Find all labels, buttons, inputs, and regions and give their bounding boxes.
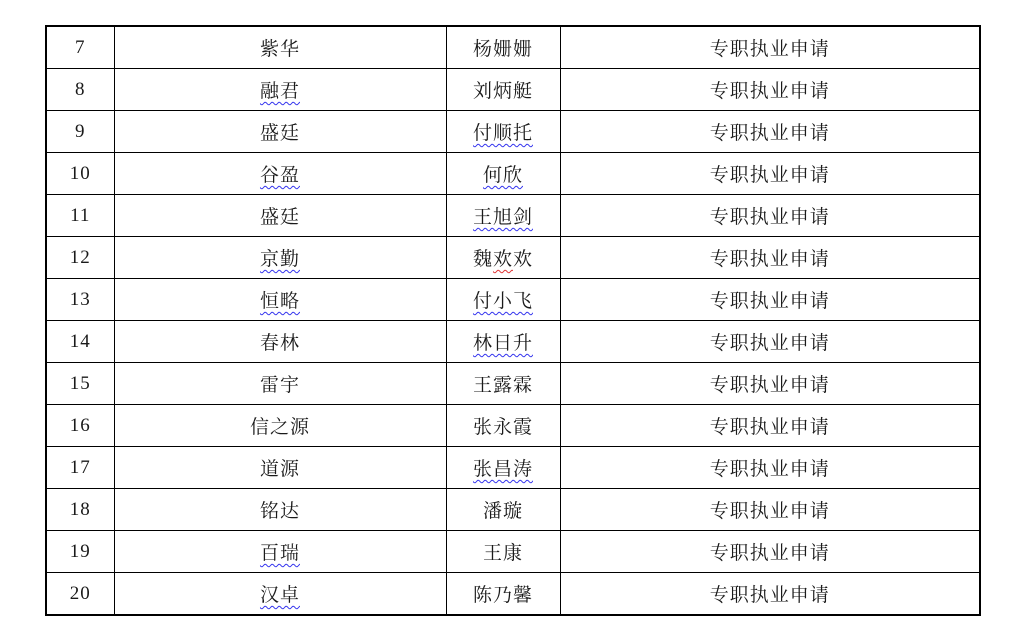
firm-name-cell: 雷宇 xyxy=(114,363,446,405)
blue-wavy-underline-text: 百瑞 xyxy=(260,542,300,564)
table-row: 15雷宇王露霖专职执业申请 xyxy=(46,363,980,405)
table-row: 14春林林日升专职执业申请 xyxy=(46,321,980,363)
person-name-cell: 陈乃馨 xyxy=(446,573,560,616)
row-number-cell: 18 xyxy=(46,489,114,531)
person-name-cell: 魏欢欢 xyxy=(446,237,560,279)
table-row: 16信之源张永霞专职执业申请 xyxy=(46,405,980,447)
firm-name-cell: 恒略 xyxy=(114,279,446,321)
row-number-cell: 17 xyxy=(46,447,114,489)
table-row: 9盛廷付顺托专职执业申请 xyxy=(46,111,980,153)
person-name-cell: 潘璇 xyxy=(446,489,560,531)
table-row: 19百瑞王康专职执业申请 xyxy=(46,531,980,573)
row-number-cell: 15 xyxy=(46,363,114,405)
row-number-cell: 11 xyxy=(46,195,114,237)
firm-name-cell: 汉卓 xyxy=(114,573,446,616)
row-number-cell: 14 xyxy=(46,321,114,363)
table-row: 17道源张昌涛专职执业申请 xyxy=(46,447,980,489)
firm-name-cell: 春林 xyxy=(114,321,446,363)
application-type-cell: 专职执业申请 xyxy=(560,195,980,237)
person-name-cell: 王露霖 xyxy=(446,363,560,405)
application-type-cell: 专职执业申请 xyxy=(560,279,980,321)
table-row: 8融君刘炳艇专职执业申请 xyxy=(46,69,980,111)
row-number-cell: 13 xyxy=(46,279,114,321)
application-type-cell: 专职执业申请 xyxy=(560,111,980,153)
row-number-cell: 9 xyxy=(46,111,114,153)
blue-wavy-underline-text: 京勤 xyxy=(260,248,300,270)
row-number-cell: 7 xyxy=(46,26,114,69)
row-number-cell: 10 xyxy=(46,153,114,195)
table-body: 7紫华杨姗姗专职执业申请8融君刘炳艇专职执业申请9盛廷付顺托专职执业申请10谷盈… xyxy=(46,26,980,615)
person-name-cell: 林日升 xyxy=(446,321,560,363)
row-number-cell: 20 xyxy=(46,573,114,616)
blue-wavy-underline-text: 王旭剑 xyxy=(473,206,533,228)
blue-wavy-underline-text: 汉卓 xyxy=(260,584,300,606)
row-number-cell: 19 xyxy=(46,531,114,573)
table-row: 20汉卓陈乃馨专职执业申请 xyxy=(46,573,980,616)
row-number-cell: 16 xyxy=(46,405,114,447)
application-type-cell: 专职执业申请 xyxy=(560,573,980,616)
row-number-cell: 12 xyxy=(46,237,114,279)
application-type-cell: 专职执业申请 xyxy=(560,531,980,573)
firm-name-cell: 融君 xyxy=(114,69,446,111)
application-type-cell: 专职执业申请 xyxy=(560,363,980,405)
firm-name-cell: 信之源 xyxy=(114,405,446,447)
application-type-cell: 专职执业申请 xyxy=(560,321,980,363)
firm-name-cell: 百瑞 xyxy=(114,531,446,573)
person-name-cell: 付小飞 xyxy=(446,279,560,321)
blue-wavy-underline-text: 张昌涛 xyxy=(473,458,533,480)
firm-name-cell: 道源 xyxy=(114,447,446,489)
application-type-cell: 专职执业申请 xyxy=(560,69,980,111)
blue-wavy-underline-text: 付顺托 xyxy=(473,122,533,144)
application-type-cell: 专职执业申请 xyxy=(560,237,980,279)
application-type-cell: 专职执业申请 xyxy=(560,447,980,489)
application-type-cell: 专职执业申请 xyxy=(560,489,980,531)
firm-name-cell: 铭达 xyxy=(114,489,446,531)
table-row: 11盛廷王旭剑专职执业申请 xyxy=(46,195,980,237)
firm-name-cell: 京勤 xyxy=(114,237,446,279)
blue-wavy-underline-text: 林日升 xyxy=(473,332,533,354)
firm-name-cell: 紫华 xyxy=(114,26,446,69)
blue-wavy-underline-text: 谷盈 xyxy=(260,164,300,186)
application-type-cell: 专职执业申请 xyxy=(560,405,980,447)
table-row: 13恒略付小飞专职执业申请 xyxy=(46,279,980,321)
person-name-cell: 张昌涛 xyxy=(446,447,560,489)
document-page: 7紫华杨姗姗专职执业申请8融君刘炳艇专职执业申请9盛廷付顺托专职执业申请10谷盈… xyxy=(0,0,1017,641)
person-name-cell: 张永霞 xyxy=(446,405,560,447)
firm-name-cell: 盛廷 xyxy=(114,111,446,153)
table-row: 10谷盈何欣专职执业申请 xyxy=(46,153,980,195)
person-name-cell: 何欣 xyxy=(446,153,560,195)
blue-wavy-underline-text: 付小飞 xyxy=(473,290,533,312)
person-name-cell: 王旭剑 xyxy=(446,195,560,237)
firm-name-cell: 盛廷 xyxy=(114,195,446,237)
table-row: 12京勤魏欢欢专职执业申请 xyxy=(46,237,980,279)
firm-name-cell: 谷盈 xyxy=(114,153,446,195)
blue-wavy-underline-text: 何欣 xyxy=(483,164,523,186)
blue-wavy-underline-text: 恒略 xyxy=(260,290,300,312)
application-type-cell: 专职执业申请 xyxy=(560,153,980,195)
person-name-cell: 王康 xyxy=(446,531,560,573)
red-wavy-underline-text: 欢 xyxy=(493,248,513,270)
applications-table: 7紫华杨姗姗专职执业申请8融君刘炳艇专职执业申请9盛廷付顺托专职执业申请10谷盈… xyxy=(45,25,981,616)
person-name-cell: 付顺托 xyxy=(446,111,560,153)
person-name-cell: 刘炳艇 xyxy=(446,69,560,111)
table-row: 18铭达潘璇专职执业申请 xyxy=(46,489,980,531)
person-name-cell: 杨姗姗 xyxy=(446,26,560,69)
application-type-cell: 专职执业申请 xyxy=(560,26,980,69)
table-row: 7紫华杨姗姗专职执业申请 xyxy=(46,26,980,69)
row-number-cell: 8 xyxy=(46,69,114,111)
blue-wavy-underline-text: 融君 xyxy=(260,80,300,102)
